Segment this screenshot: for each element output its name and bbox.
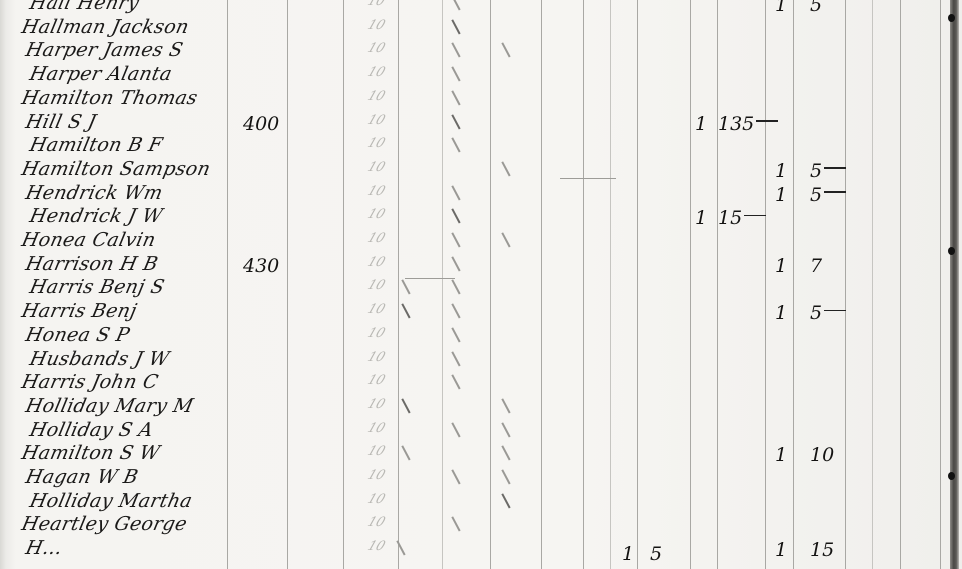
ledger-row: Hall Henry1015 (0, 0, 950, 16)
count-value: 1 (775, 184, 787, 206)
pencil-stroke (560, 178, 616, 179)
ledger-row: Hendrick J W10115 (0, 205, 950, 229)
entry-name: Hendrick J W (28, 205, 165, 227)
count-value: 1 (775, 255, 787, 277)
faint-tally-mark: 10 (365, 539, 387, 554)
amount-value: 5 (650, 543, 662, 565)
ledger-row: Heartley George10 (0, 513, 950, 537)
check-tick-mark (401, 304, 410, 319)
faint-tally-mark: 10 (365, 136, 387, 151)
dash-mark (756, 120, 778, 122)
binding-rivet (948, 14, 955, 22)
check-tick-mark (451, 138, 460, 153)
faint-tally-mark: 10 (365, 302, 387, 317)
amount-value: 15 (810, 539, 834, 561)
faint-tally-mark: 10 (365, 421, 387, 436)
entry-name: Honea S P (24, 324, 132, 346)
pencil-stroke (405, 278, 455, 279)
amount-value: 135 (718, 113, 778, 135)
faint-tally-mark: 10 (365, 231, 387, 246)
amount-value: 5 (810, 160, 846, 182)
count-value: 1 (775, 444, 787, 466)
count-value: 1 (775, 160, 787, 182)
count-value: 1 (775, 0, 787, 16)
count-value: 1 (775, 302, 787, 324)
count-value: 1 (695, 113, 707, 135)
faint-tally-mark: 10 (365, 0, 387, 9)
entry-name: Hall Henry (28, 0, 142, 14)
check-tick-mark (451, 422, 460, 437)
dash-mark (744, 215, 766, 217)
faint-tally-mark: 10 (365, 373, 387, 388)
entry-name: Hagan W B (24, 466, 141, 488)
faint-tally-mark: 10 (365, 350, 387, 365)
ledger-row: Hendrick Wm1015 (0, 182, 950, 206)
ledger-row: Husbands J W10 (0, 348, 950, 372)
check-tick-mark (501, 43, 510, 58)
assessed-value: 400 (243, 113, 279, 135)
ledger-row: Honea Calvin10 (0, 229, 950, 253)
check-tick-mark (501, 398, 510, 413)
entry-name: Hallman Jackson (20, 16, 191, 38)
check-tick-mark (451, 209, 460, 224)
entry-name: Holliday S A (28, 419, 156, 441)
dash-mark (824, 191, 846, 193)
amount-value: 5 (810, 184, 846, 206)
count-value: 1 (775, 539, 787, 561)
faint-tally-mark: 10 (365, 65, 387, 80)
entry-name: Harper Alanta (28, 63, 174, 85)
ledger-row: Holliday Mary M10 (0, 395, 950, 419)
faint-tally-mark: 10 (365, 89, 387, 104)
check-tick-mark (501, 493, 510, 508)
entry-name: Hamilton B F (28, 134, 165, 156)
entry-name: Husbands J W (28, 348, 172, 370)
ledger-row: Hamilton B F10 (0, 134, 950, 158)
amount-value: 7 (810, 255, 822, 277)
check-tick-mark (451, 375, 460, 390)
faint-tally-mark: 10 (365, 160, 387, 175)
check-tick-mark (451, 304, 460, 319)
ledger-row: Holliday Martha10 (0, 490, 950, 514)
ledger-row: Hill S J104001135 (0, 111, 950, 135)
check-tick-mark (401, 398, 410, 413)
entry-name: Hendrick Wm (24, 182, 165, 204)
faint-tally-mark: 10 (365, 515, 387, 530)
check-tick-mark (401, 446, 410, 461)
amount-value: 5 (810, 0, 822, 16)
count-value: 1 (622, 543, 634, 565)
ledger-row: Hamilton S W10110 (0, 442, 950, 466)
check-tick-mark (451, 0, 460, 10)
entry-name: Honea Calvin (20, 229, 158, 251)
faint-tally-mark: 10 (365, 207, 387, 222)
check-tick-mark (451, 19, 460, 34)
entry-name: Hill S J (24, 111, 99, 133)
entry-name: Holliday Mary M (24, 395, 196, 417)
ledger-row: Holliday S A10 (0, 419, 950, 443)
check-tick-mark (451, 327, 460, 342)
ledger-row: H…1015115 (0, 537, 950, 561)
faint-tally-mark: 10 (365, 113, 387, 128)
count-value: 1 (695, 207, 707, 229)
binding-edge (950, 0, 959, 569)
check-tick-mark (501, 446, 510, 461)
assessed-value: 430 (243, 255, 279, 277)
check-tick-mark (451, 67, 460, 82)
ledger-row: Hamilton Sampson1015 (0, 158, 950, 182)
ledger-row: Harris Benj1015 (0, 300, 950, 324)
ledger-row: Honea S P10 (0, 324, 950, 348)
faint-tally-mark: 10 (365, 468, 387, 483)
ledger-row: Harris John C10 (0, 371, 950, 395)
entry-name: Harper James S (24, 39, 185, 61)
entry-name: Harrison H B (24, 253, 160, 275)
entry-name: Harris John C (20, 371, 161, 393)
faint-tally-mark: 10 (365, 18, 387, 33)
entry-name: Hamilton S W (20, 442, 162, 464)
entry-name: Heartley George (20, 513, 189, 535)
check-tick-mark (451, 90, 460, 105)
faint-tally-mark: 10 (365, 326, 387, 341)
dash-mark (824, 310, 846, 312)
binding-rivet (948, 247, 955, 255)
check-tick-mark (501, 161, 510, 176)
faint-tally-mark: 10 (365, 278, 387, 293)
binding-rivet (948, 472, 955, 480)
entry-name: Hamilton Sampson (20, 158, 213, 180)
amount-value: 5 (810, 302, 846, 324)
faint-tally-mark: 10 (365, 41, 387, 56)
faint-tally-mark: 10 (365, 397, 387, 412)
check-tick-mark (451, 256, 460, 271)
faint-tally-mark: 10 (365, 255, 387, 270)
ledger-row: Harper Alanta10 (0, 63, 950, 87)
check-tick-mark (501, 422, 510, 437)
check-tick-mark (451, 351, 460, 366)
amount-value: 15 (718, 207, 766, 229)
entry-name: H… (24, 537, 65, 559)
ledger-row: Hallman Jackson10 (0, 16, 950, 40)
ledger-row: Harrison H B1043017 (0, 253, 950, 277)
faint-tally-mark: 10 (365, 492, 387, 507)
faint-tally-mark: 10 (365, 184, 387, 199)
ledger-row: Harper James S10 (0, 39, 950, 63)
check-tick-mark (451, 114, 460, 129)
check-tick-mark (451, 233, 460, 248)
check-tick-mark (451, 185, 460, 200)
check-tick-mark (451, 470, 460, 485)
ledger-row: Harris Benj S10 (0, 276, 950, 300)
check-tick-mark (451, 43, 460, 58)
check-tick-mark (396, 541, 405, 556)
amount-value: 10 (810, 444, 834, 466)
entry-name: Harris Benj (20, 300, 139, 322)
dash-mark (824, 167, 846, 169)
check-tick-mark (451, 517, 460, 532)
entry-name: Harris Benj S (28, 276, 167, 298)
check-tick-mark (401, 280, 410, 295)
check-tick-mark (451, 280, 460, 295)
entry-name: Hamilton Thomas (20, 87, 200, 109)
ledger-row: Hagan W B10 (0, 466, 950, 490)
check-tick-mark (501, 233, 510, 248)
entry-name: Holliday Martha (28, 490, 195, 512)
check-tick-mark (501, 470, 510, 485)
faint-tally-mark: 10 (365, 444, 387, 459)
ledger-row: Hamilton Thomas10 (0, 87, 950, 111)
ledger-page: Hall Henry1015Hallman Jackson10Harper Ja… (0, 0, 962, 569)
